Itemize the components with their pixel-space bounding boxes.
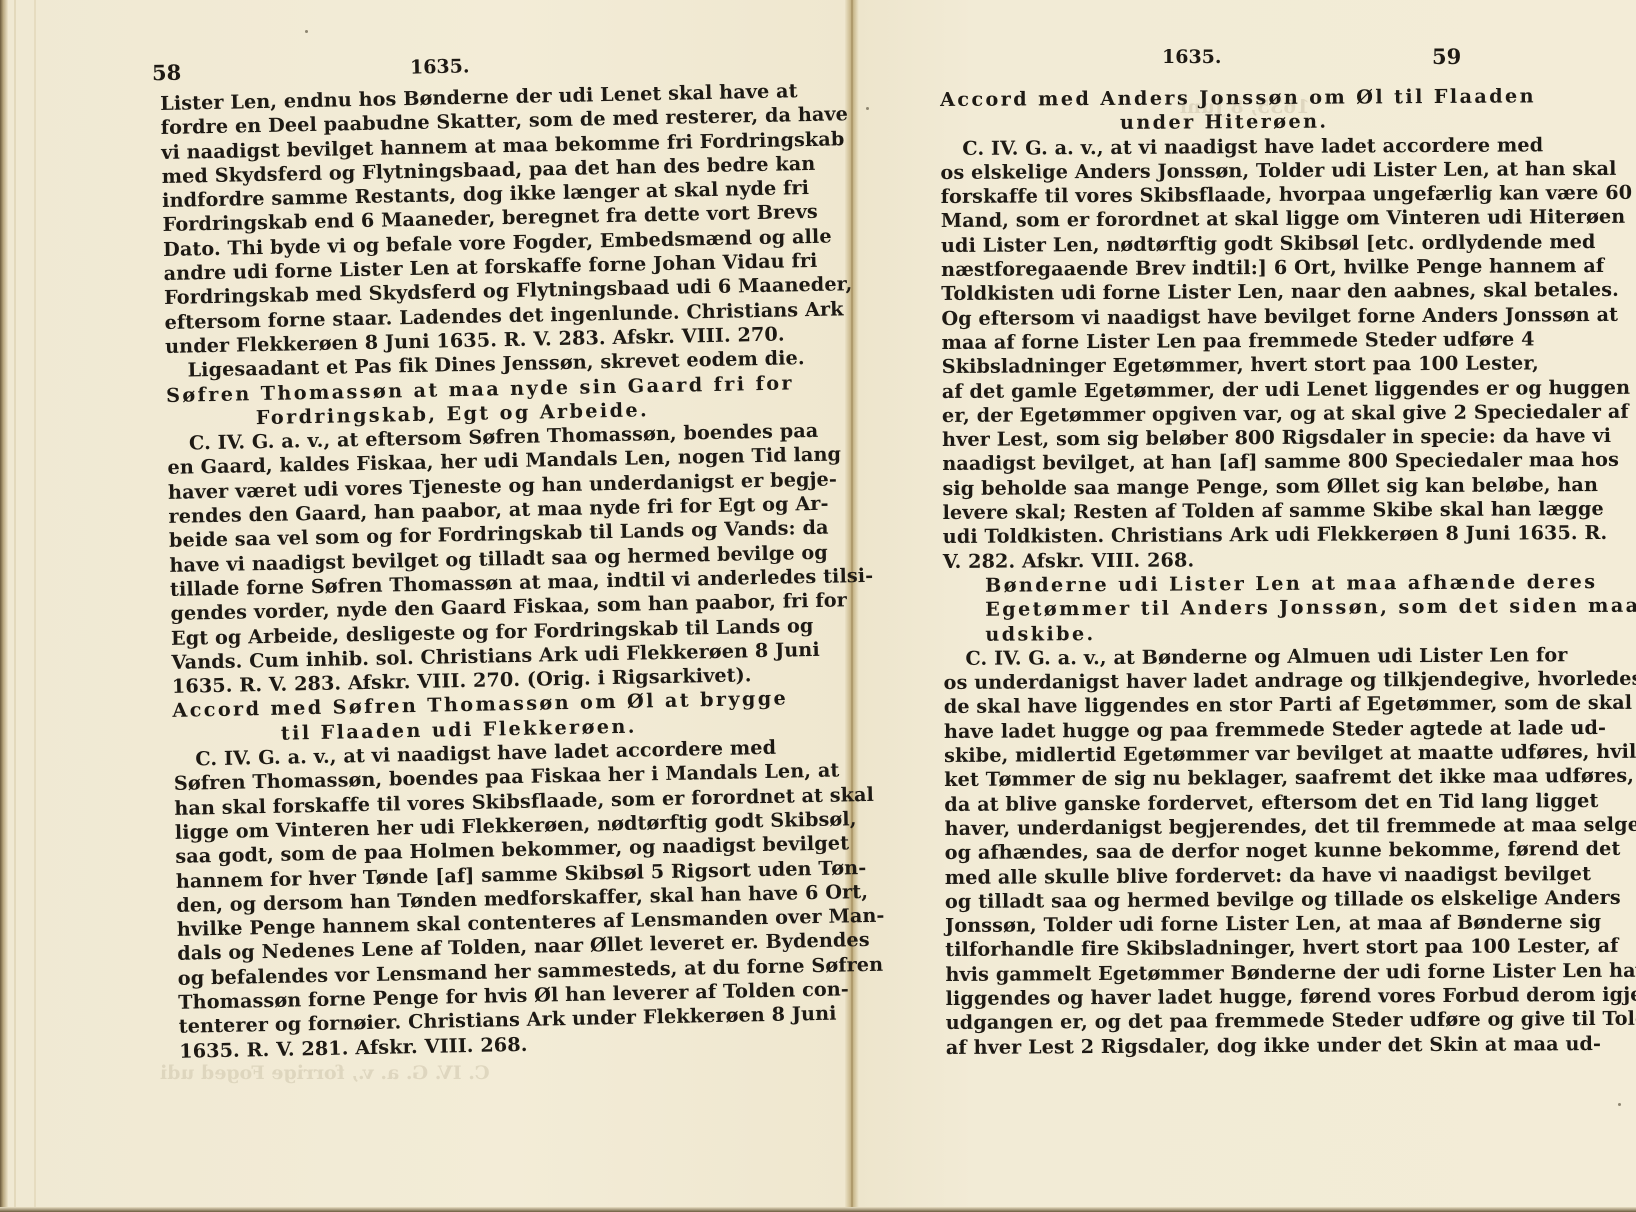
text-line: forskaffe til vores Skibsflaade, hvorpaa… (941, 182, 1509, 210)
left-page-body: Lister Len, endnu hos Bønderne der udi L… (160, 81, 751, 1064)
running-head-right: 1635. (1162, 46, 1222, 68)
text-line: udskibe. (943, 619, 1511, 647)
text-line: ket Tømmer de sig nu beklager, saafremt … (944, 765, 1512, 793)
section-heading: Accord med Anders Jonssøn om Øl til Flaa… (940, 85, 1508, 137)
page-edge-bottom (0, 1207, 1636, 1212)
text-line: Mand, som er forordnet at skal ligge om … (941, 206, 1509, 234)
text-line: de skal have liggendes en stor Parti af … (944, 692, 1512, 720)
paragraph: C. IV. G. a. v., at eftersom Søfren Thom… (167, 421, 744, 700)
text-line: udi Toldkisten. Christians Ark udi Flekk… (943, 522, 1511, 550)
paper-speck (305, 30, 308, 33)
paragraph: C. IV. G. a. v., at Bønderne og Almuen u… (943, 643, 1514, 1060)
text-line: Og eftersom vi naadigst have bevilget fo… (941, 303, 1509, 331)
text-line: V. 282. Afskr. VIII. 268. (943, 546, 1511, 574)
text-line: Toldkisten udi forne Lister Len, naar de… (941, 279, 1509, 307)
page-edge-line (34, 0, 36, 1212)
paper-speck (1618, 1103, 1621, 1106)
paper-speck (866, 107, 869, 110)
text-line: da at blive ganske fordervet, eftersom d… (944, 789, 1512, 817)
text-line: Jonssøn, Tolder udi forne Lister Len, at… (945, 911, 1513, 939)
text-line: C. IV. G. a. v., at vi naadigst have lad… (940, 133, 1508, 161)
text-line: udi Lister Len, nødtørftig godt Skibsøl … (941, 230, 1509, 258)
page-number-left: 58 (152, 60, 182, 86)
section-heading: Bønderne udi Lister Len at maa afhænde d… (943, 570, 1511, 646)
text-line: C. IV. G. a. v., at Bønderne og Almuen u… (943, 643, 1511, 671)
running-head-left: 1635. (410, 55, 470, 78)
text-line: skibe, midlertid Egetømmer var bevilget … (944, 741, 1512, 769)
text-line: haver, underdanigst begjerendes, det til… (944, 813, 1512, 841)
paragraph: C. IV. G. a. v., at vi naadigst have lad… (173, 736, 751, 1063)
text-line: udgangen er, og det paa fremmede Steder … (946, 1008, 1514, 1036)
text-line: naadigst bevilget, at han [af] samme 800… (942, 449, 1510, 477)
text-line: Accord med Anders Jonssøn om Øl til Flaa… (940, 85, 1508, 113)
text-line: sig beholde saa mange Penge, som Øllet s… (942, 473, 1510, 501)
paragraph: Lister Len, endnu hos Bønderne der udi L… (160, 81, 737, 360)
text-line: maa af forne Lister Len paa fremmede Ste… (941, 327, 1509, 355)
text-line: er, der Egetømmer opgiven var, og at ska… (942, 400, 1510, 428)
text-line: hver Lest, som sig beløber 800 Rigsdaler… (942, 425, 1510, 453)
text-line: liggendes og haver ladet hugge, førend v… (945, 983, 1513, 1011)
book-spread: C. IV. G. a. v., forrige Foged udi 1635,… (0, 0, 1636, 1212)
right-page-body: Accord med Anders Jonssøn om Øl til Flaa… (940, 85, 1514, 1060)
page-number-right: 59 (1432, 44, 1461, 69)
text-line: Egetømmer til Anders Jonssøn, som det si… (943, 595, 1511, 623)
text-line: have ladet hugge og paa fremmede Steder … (944, 716, 1512, 744)
text-line: tilforhandle fire Skibsladninger, hvert … (945, 935, 1513, 963)
text-line: levere skal; Resten af Tolden af samme S… (943, 498, 1511, 526)
text-line: Skibsladninger Egetømmer, hvert stort pa… (942, 352, 1510, 380)
text-line: af det gamle Egetømmer, der udi Lenet li… (942, 376, 1510, 404)
paragraph: C. IV. G. a. v., at vi naadigst have lad… (940, 133, 1511, 574)
bleed-through-text: C. IV. G. a. v., forrige Foged udi (160, 1062, 490, 1084)
page-edge-left (0, 0, 8, 1212)
text-line: under Hiterøen. (940, 109, 1508, 137)
text-line: næstforegaaende Brev indtil:] 6 Ort, hvi… (941, 255, 1509, 283)
text-line: og afhændes, saa de derfor noget kunne b… (945, 838, 1513, 866)
text-line: af hver Lest 2 Rigsdaler, dog ikke under… (946, 1032, 1514, 1060)
text-line: Bønderne udi Lister Len at maa afhænde d… (943, 570, 1511, 598)
text-line: hvis gammelt Egetømmer Bønderne der udi … (945, 959, 1513, 987)
page-edge-line (14, 0, 16, 1212)
text-line: med alle skulle blive fordervet: da have… (945, 862, 1513, 890)
text-line: og tilladt saa og hermed bevilge og till… (945, 886, 1513, 914)
text-line: os underdanigst haver ladet andrage og t… (944, 668, 1512, 696)
text-line: os elskelige Anders Jonssøn, Tolder udi … (940, 157, 1508, 185)
